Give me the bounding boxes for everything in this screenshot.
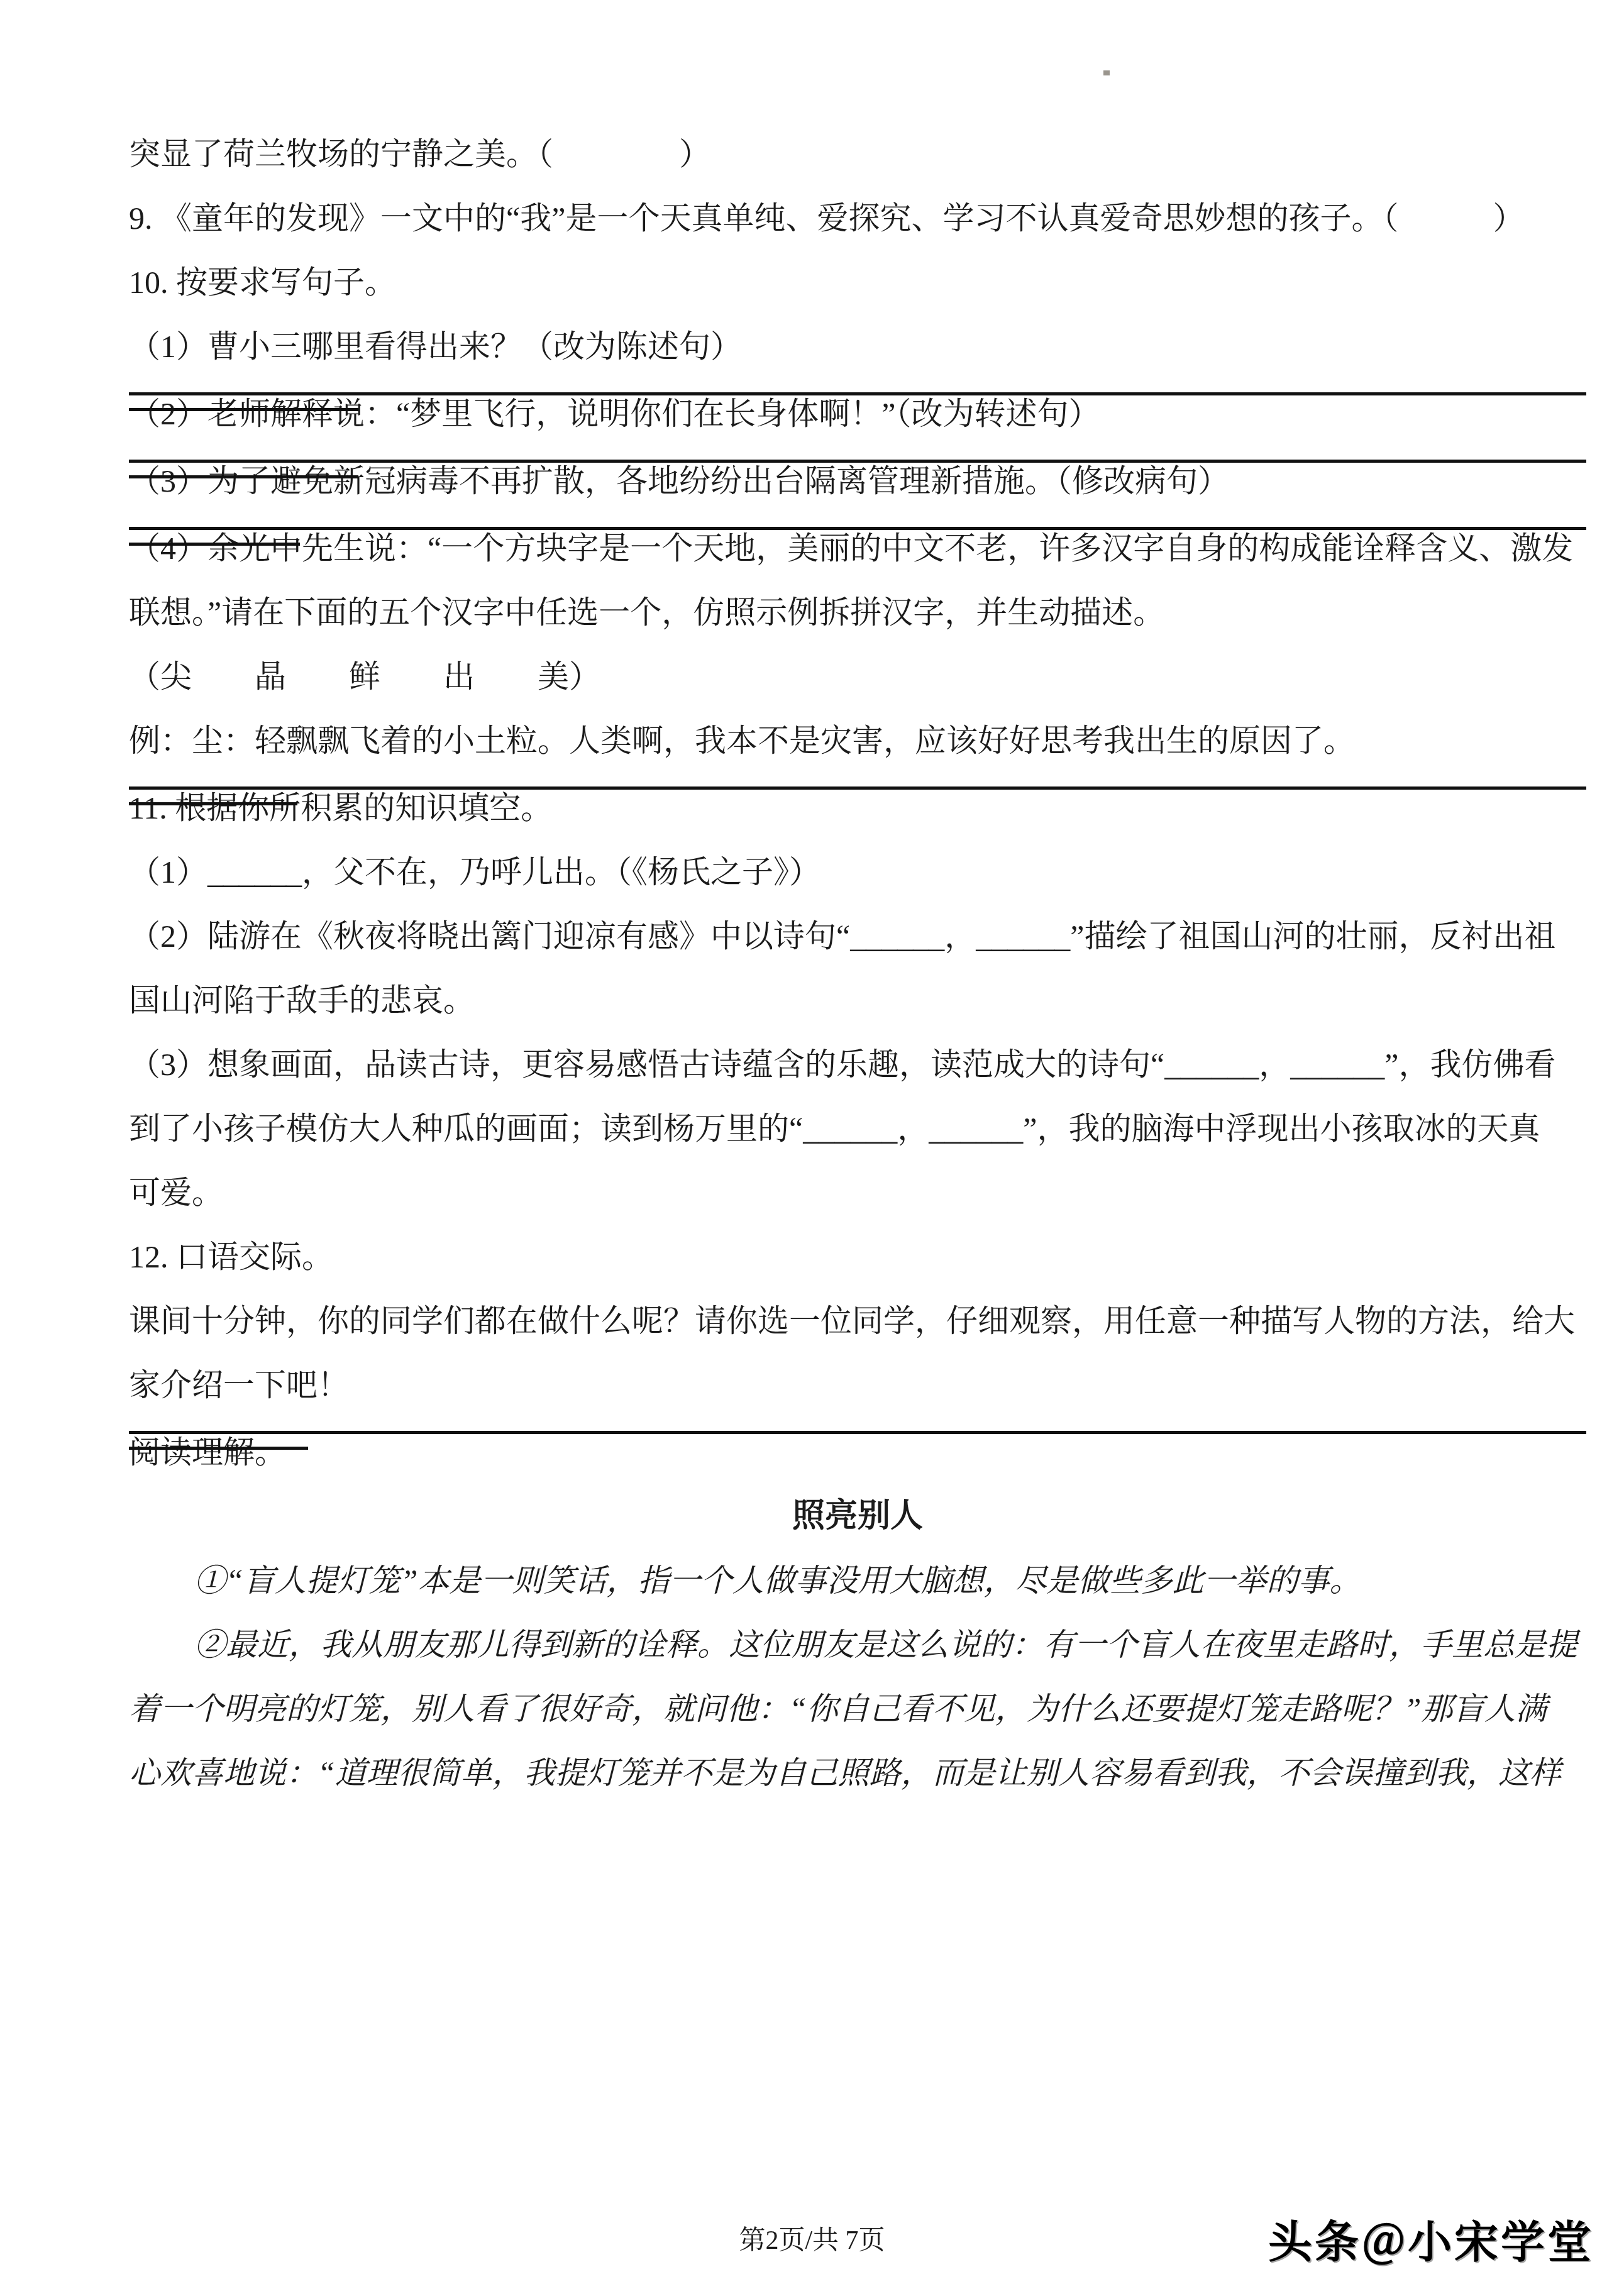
line-q10-item4-characters: （尖 晶 鲜 出 美） (129, 644, 1586, 709)
line-q9-judgment: 9. 《童年的发现》一文中的“我”是一个天真单纯、爱探究、学习不认真爱奇思妙想的… (129, 186, 1586, 250)
answer-blank-line (129, 408, 358, 411)
line-q11-item1: （1）______，父不在，乃呼儿出。（《杨氏之子》） (129, 840, 1586, 904)
line-q12-prompt-part2: 家介绍一下吧！ (129, 1353, 1586, 1417)
document-body: 突显了荷兰牧场的宁静之美。（ ）9. 《童年的发现》一文中的“我”是一个天真单纯… (0, 0, 1624, 1805)
line-q10-item1-answer-blank (129, 392, 1586, 395)
line-passage-title: 照亮别人 (129, 1484, 1586, 1548)
answer-blank-line (129, 543, 300, 546)
answer-blank-line (129, 1447, 308, 1450)
line-q8-judgment-continuation: 突显了荷兰牧场的宁静之美。（ ） (129, 122, 1586, 186)
line-q10-item3-answer-blank (129, 527, 1586, 530)
line-passage-para1: ①“盲人提灯笼”本是一则笑话，指一个人做事没用大脑想，尽是做些多此一举的事。 (129, 1548, 1586, 1613)
line-q10-item2: （2）老师解释说：“梦里飞行，说明你们在长身体啊！”（改为转述句） (129, 382, 1586, 446)
line-q10-heading: 10. 按要求写句子。 (129, 250, 1586, 314)
line-q10-item3: （3）为了避免新冠病毒不再扩散，各地纷纷出台隔离管理新措施。（修改病句） (129, 449, 1586, 513)
line-q10-item2-answer-blank (129, 460, 1586, 463)
line-q12-answer-blank (129, 1431, 1586, 1434)
line-q11-heading: 11. 根据你所积累的知识填空。 (129, 776, 1586, 840)
line-q10-item1: （1）曹小三哪里看得出来？（改为陈述句） (129, 314, 1586, 378)
line-passage-para2-part3: 心欢喜地说：“道理很简单，我提灯笼并不是为自己照路，而是让别人容易看到我，不会误… (129, 1741, 1586, 1805)
line-q11-item3-part2: 到了小孩子模仿大人种瓜的画面；读到杨万里的“______，______”，我的脑… (129, 1096, 1586, 1161)
watermark-text: 头条＠小宋学堂 (1268, 2207, 1594, 2271)
line-passage-para2-part2: 着一个明亮的灯笼，别人看了很好奇，就问他：“你自己看不见，为什么还要提灯笼走路呢… (129, 1677, 1586, 1741)
line-q11-item2-part1: （2）陆游在《秋夜将晓出篱门迎凉有感》中以诗句“______，______”描绘… (129, 904, 1586, 968)
line-q12-heading: 12. 口语交际。 (129, 1225, 1586, 1289)
line-q10-item4-answer-blank (129, 786, 1586, 790)
line-q12-prompt-part1: 课间十分钟，你的同学们都在做什么呢？请你选一位同学，仔细观察，用任意一种描写人物… (129, 1289, 1586, 1353)
line-passage-para2-part1: ②最近，我从朋友那儿得到新的诠释。这位朋友是这么说的：有一个盲人在夜里走路时，手… (129, 1613, 1586, 1677)
line-reading-section-heading: 阅读理解。 (129, 1420, 1586, 1484)
line-q11-item3-part3: 可爱。 (129, 1161, 1586, 1225)
line-q11-item3-part1: （3）想象画面，品读古诗，更容易感悟古诗蕴含的乐趣，读范成大的诗句“______… (129, 1032, 1586, 1096)
line-q10-item4-part2: 联想。”请在下面的五个汉字中任选一个，仿照示例拆拼汉字，并生动描述。 (129, 580, 1586, 644)
line-q11-item2-part2: 国山河陷于敌手的悲哀。 (129, 968, 1586, 1032)
answer-blank-line (129, 475, 358, 478)
line-q10-item4-part1: （4）余光中先生说：“一个方块字是一个天地，美丽的中文不老，许多汉字自身的构成能… (129, 516, 1586, 580)
answer-blank-line (129, 802, 297, 805)
line-q10-item4-example: 例：尘：轻飘飘飞着的小土粒。人类啊，我本不是灾害，应该好好思考我出生的原因了。 (129, 709, 1586, 773)
